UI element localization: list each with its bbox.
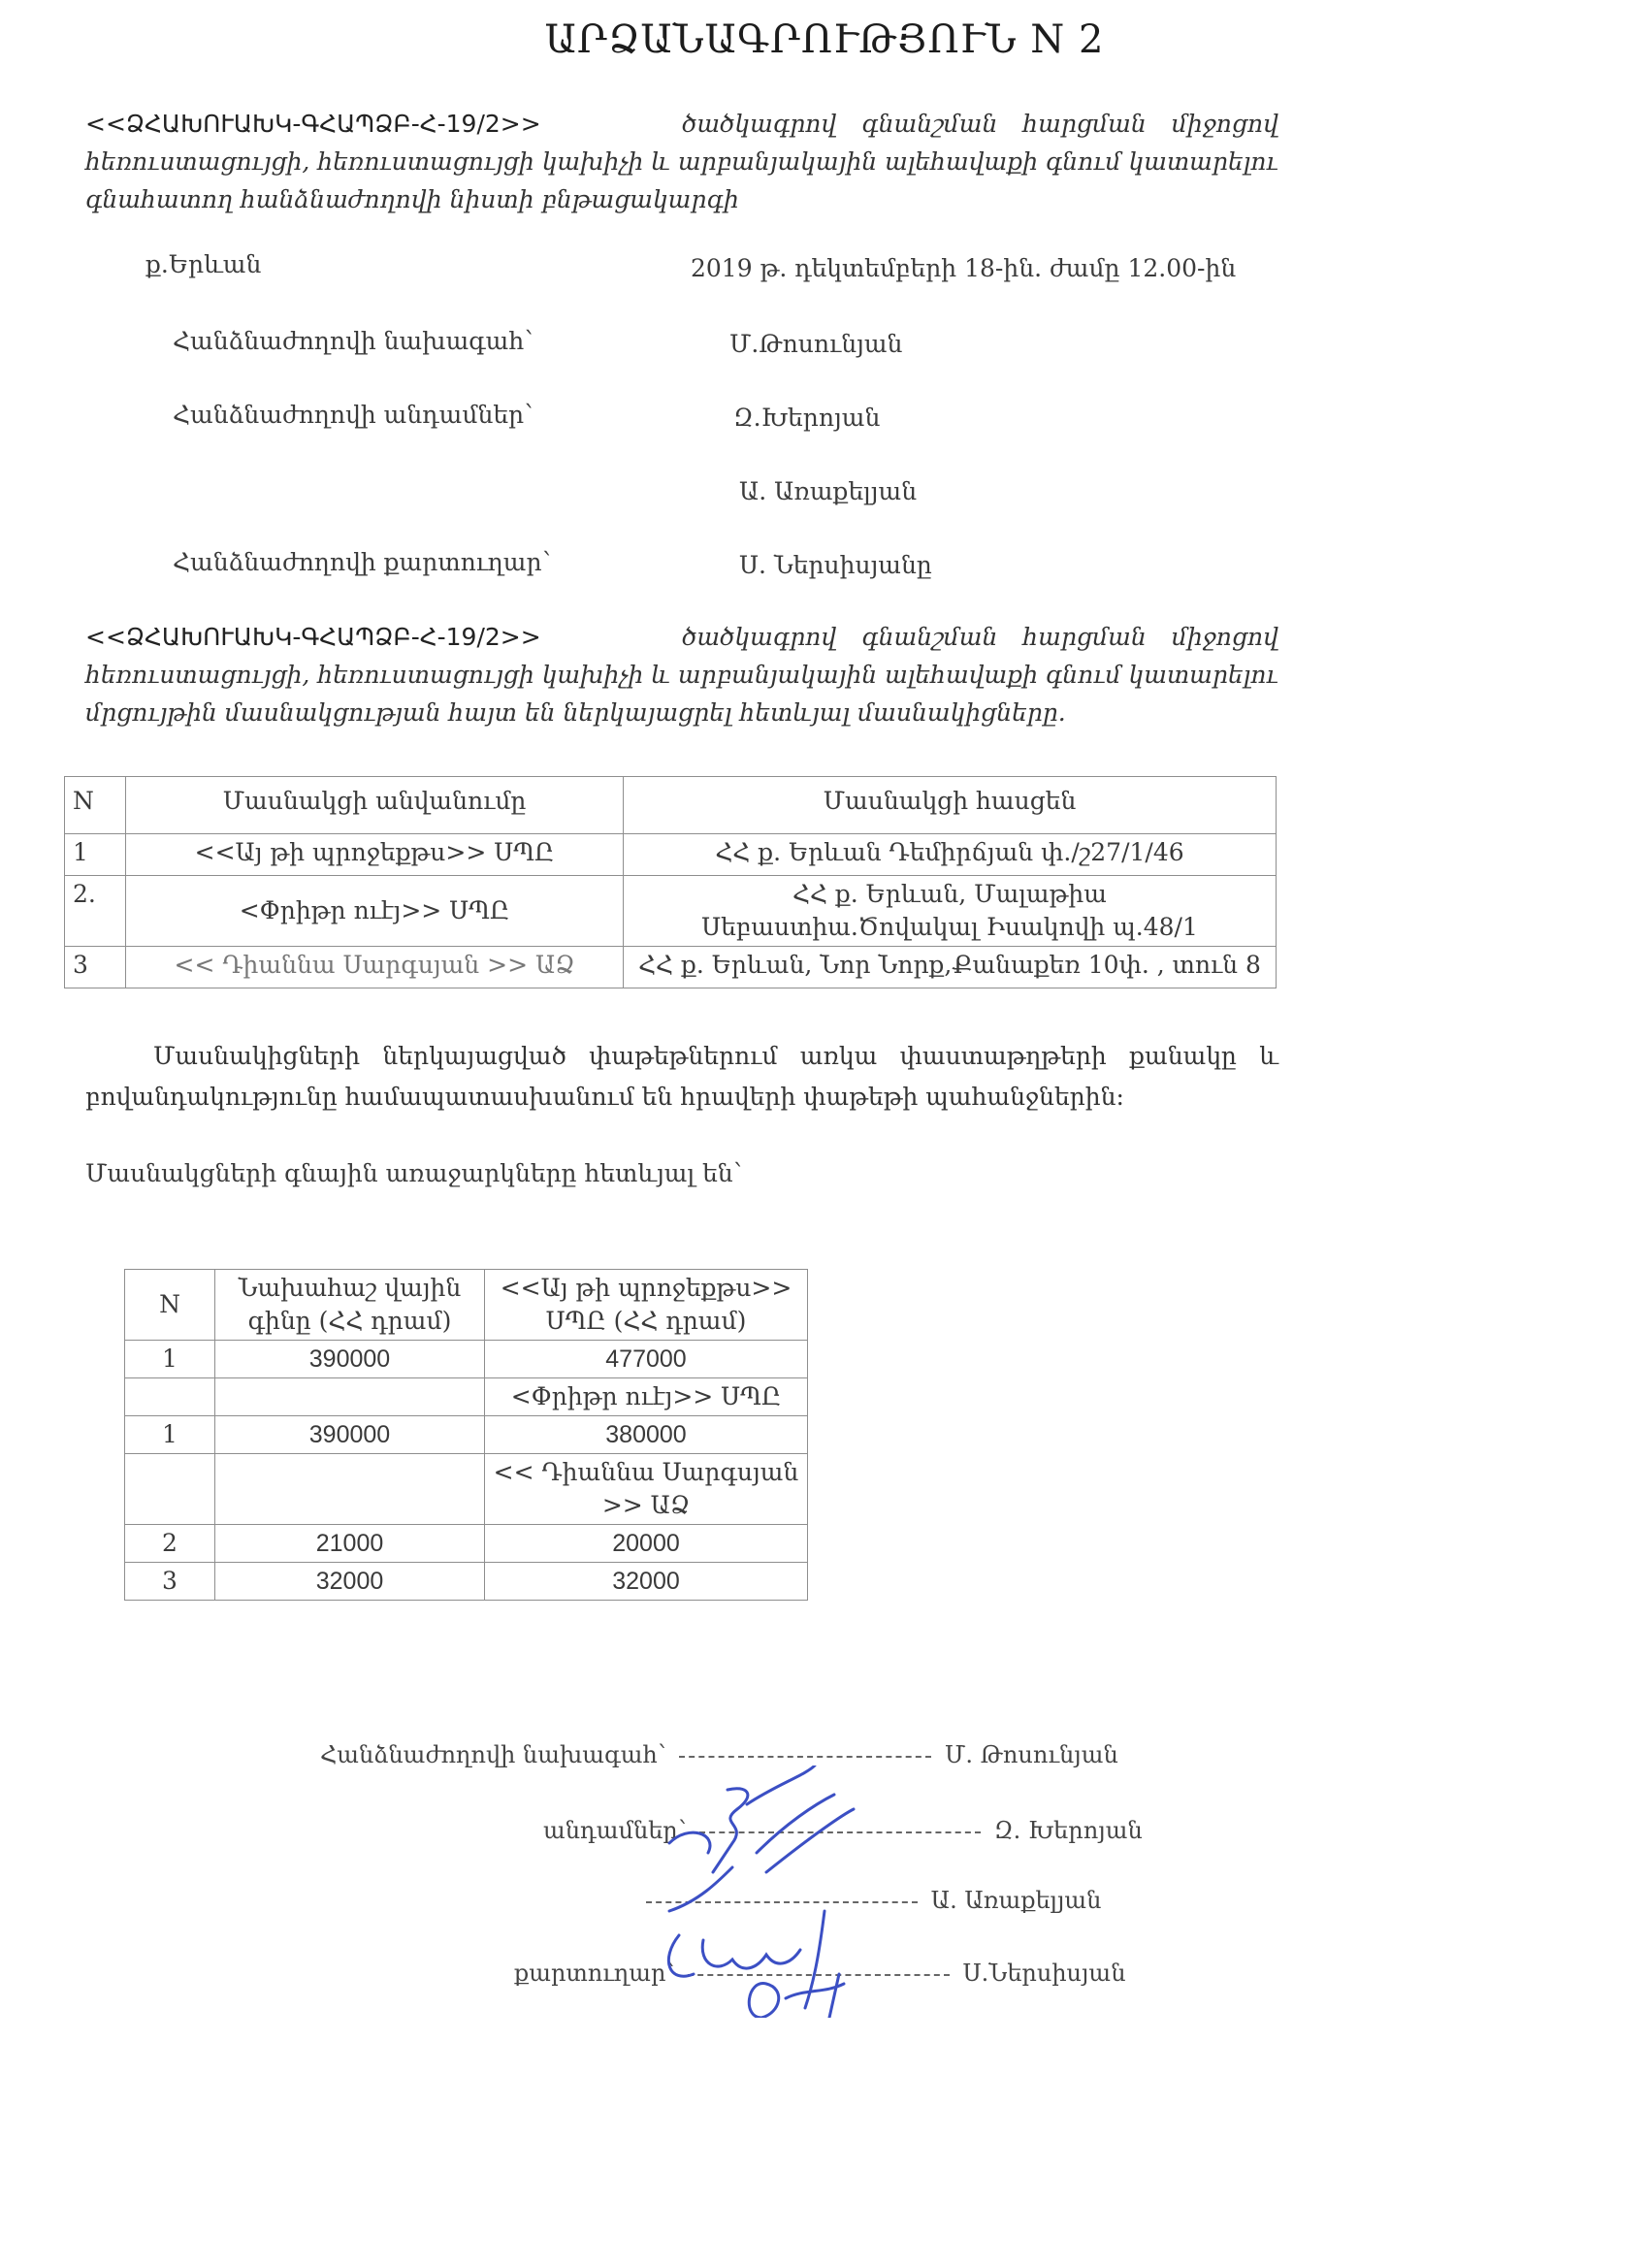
signature-name: Մ. Թոսունյան <box>945 1741 1118 1768</box>
intro-line3: գնահատող հանձնաժողովի նիստի բնթացակարգի <box>85 180 1278 218</box>
cell-estimate: 390000 <box>215 1341 485 1378</box>
intro-line2: հեռուստացույցի, հեռուստացույցի կախիչի և … <box>85 143 1278 180</box>
price-offers-table: N Նախահաշ վային գինը (ՀՀ դրամ) <<Այ թի պ… <box>124 1269 808 1601</box>
cell-estimate: 21000 <box>215 1525 485 1563</box>
handwritten-signatures-icon <box>524 1766 931 2018</box>
row-address: ՀՀ ք. Երևան, Մալաթիա Սեբաստիա.Ծովակալ Իս… <box>624 876 1277 947</box>
table-row: 1 <<Այ թի պրոջեքթս>> ՍՊԸ ՀՀ ք. Երևան Դեմ… <box>65 834 1277 876</box>
cell-n: 3 <box>125 1563 215 1601</box>
cell-n: 1 <box>125 1341 215 1378</box>
table-row: 33200032000 <box>125 1563 808 1601</box>
participants-line1-text: ծածկագրով գնանշման հարցման միջոցով <box>682 618 1278 656</box>
signature-name: Ս.Ներսիսյան <box>962 1960 1125 1987</box>
signature-name: Զ. Խերոյան <box>994 1817 1143 1844</box>
row-address: ՀՀ ք. Երևան, Նոր Նորք,Քանաքեռ 10փ. , տու… <box>624 947 1277 988</box>
header-participant-name: Մասնակցի անվանումը <box>126 777 624 834</box>
participants-line3: մրցույթին մասնակցության հայտ են ներկայաց… <box>85 694 1278 731</box>
committee-name-member2: Ա. Առաքելյան <box>739 477 917 505</box>
cell-offer: 20000 <box>485 1525 808 1563</box>
row-name: <<Այ թի պրոջեքթս>> ՍՊԸ <box>126 834 624 876</box>
cell-offer: << Դիաննա Սարգսյան >> ԱՁ <box>485 1454 808 1525</box>
participant-subheader-row: << Դիաննա Սարգսյան >> ԱՁ <box>125 1454 808 1525</box>
table-row: 22100020000 <box>125 1525 808 1563</box>
row-n: 1 <box>65 834 126 876</box>
committee-role-secretary: Հանձնաժողովի քարտուղար՝ <box>173 548 551 576</box>
table-row: 1390000380000 <box>125 1416 808 1454</box>
table-row: 3 << Դիաննա Սարգսյան >> ԱՁ ՀՀ ք. Երևան, … <box>65 947 1277 988</box>
cell-estimate <box>215 1378 485 1416</box>
header-n: N <box>65 777 126 834</box>
signature-dash-line <box>679 1756 931 1758</box>
cell-estimate: 390000 <box>215 1416 485 1454</box>
cell-estimate: 32000 <box>215 1563 485 1601</box>
cell-n <box>125 1378 215 1416</box>
committee-role-members: Հանձնաժողովի անդամներ՝ <box>173 401 533 429</box>
participants-table: N Մասնակցի անվանումը Մասնակցի հասցեն 1 <… <box>64 776 1277 988</box>
signature-role: Հանձնաժողովի նախագահ՝ <box>320 1741 666 1768</box>
cell-n: 1 <box>125 1416 215 1454</box>
committee-role-chair: Հանձնաժողովի նախագահ՝ <box>173 327 533 355</box>
committee-name-secretary: Ս. Ներսիսյանը <box>739 551 932 579</box>
row-name: <Փրիթր ուէյ>> ՍՊԸ <box>126 876 624 947</box>
cell-offer: 32000 <box>485 1563 808 1601</box>
table-row: 1390000477000 <box>125 1341 808 1378</box>
participant-subheader-row: <Փրիթր ուէյ>> ՍՊԸ <box>125 1378 808 1416</box>
table-header-row: N Մասնակցի անվանումը Մասնակցի հասցեն <box>65 777 1277 834</box>
intro-line1-text: ծածկագրով գնանշման հարցման միջոցով <box>682 105 1278 143</box>
row-name: << Դիաննա Սարգսյան >> ԱՁ <box>126 947 624 988</box>
compliance-paragraph: Մասնակիցների ներկայացված փաթեթներում առկ… <box>85 1036 1278 1118</box>
procurement-code: <<ՁՀԱԽՈՒԱԽԿ-ԳՀԱՊՁԲ-Հ-19/2>> <box>85 105 541 143</box>
committee-name-chair: Մ.Թոսունյան <box>729 330 902 358</box>
cell-n <box>125 1454 215 1525</box>
signature-name: Ա. Առաքելյան <box>931 1887 1102 1914</box>
header-offer: <<Այ թի պրոջեքթս>> ՍՊԸ (ՀՀ դրամ) <box>485 1270 808 1341</box>
row-n: 3 <box>65 947 126 988</box>
row-address: ՀՀ ք. Երևան Դեմիրճյան փ./շ27/1/46 <box>624 834 1277 876</box>
header-estimate-price: Նախահաշ վային գինը (ՀՀ դրամ) <box>215 1270 485 1341</box>
cell-n: 2 <box>125 1525 215 1563</box>
row-n: 2. <box>65 876 126 947</box>
cell-offer: <Փրիթր ուէյ>> ՍՊԸ <box>485 1378 808 1416</box>
participants-intro: <<ՁՀԱԽՈՒԱԽԿ-ԳՀԱՊՁԲ-Հ-19/2>> ծածկագրով գն… <box>85 618 1278 731</box>
cell-offer: 477000 <box>485 1341 808 1378</box>
place: ք.Երևան <box>145 250 261 278</box>
offers-intro: Մասնակցների գնային առաջարկները հետևյալ ե… <box>85 1159 742 1187</box>
cell-offer: 380000 <box>485 1416 808 1454</box>
table-header-row: N Նախահաշ վային գինը (ՀՀ դրամ) <<Այ թի պ… <box>125 1270 808 1341</box>
cell-estimate <box>215 1454 485 1525</box>
document-title: ԱՐՁԱՆԱԳՐՈՒԹՅՈՒՆ N 2 <box>0 17 1649 62</box>
table-row: 2. <Փրիթր ուէյ>> ՍՊԸ ՀՀ ք. Երևան, Մալաթի… <box>65 876 1277 947</box>
participants-line2: հեռուստացույցի, հեռուստացույցի կախիչի և … <box>85 656 1278 694</box>
procurement-code-2: <<ՁՀԱԽՈՒԱԽԿ-ԳՀԱՊՁԲ-Հ-19/2>> <box>85 618 541 656</box>
signature-chair: Հանձնաժողովի նախագահ՝ Մ. Թոսունյան <box>320 1741 1118 1768</box>
intro-paragraph: <<ՁՀԱԽՈՒԱԽԿ-ԳՀԱՊՁԲ-Հ-19/2>> ծածկագրով գն… <box>85 105 1278 218</box>
header-participant-address: Մասնակցի հասցեն <box>624 777 1277 834</box>
meeting-datetime: 2019 թ. դեկտեմբերի 18-ին. ժամը 12.00-ին <box>691 254 1236 282</box>
committee-name-member1: Զ.Խերոյան <box>733 404 880 432</box>
header-n: N <box>125 1270 215 1341</box>
